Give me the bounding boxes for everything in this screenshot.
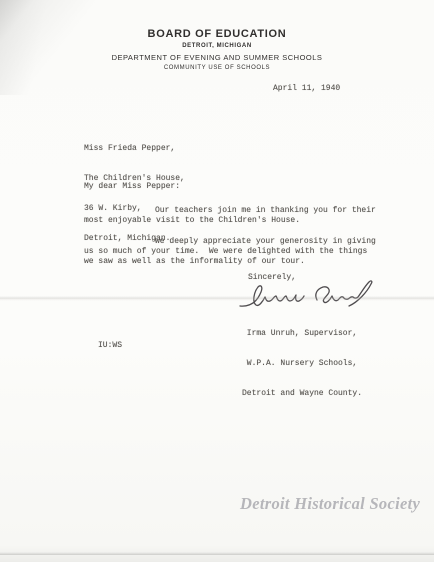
body-paragraph2-line2: us so much of your time. We were delight… bbox=[84, 247, 367, 257]
signer-name-title: Irma Unruh, Supervisor, bbox=[219, 329, 385, 339]
letter-date: April 11, 1940 bbox=[273, 84, 340, 94]
body-paragraph2-line3: we saw as well as the informality of our… bbox=[84, 257, 305, 267]
body-paragraph1-line2: most enjoyable visit to the Children's H… bbox=[84, 216, 300, 226]
archive-watermark: Detroit Historical Society bbox=[240, 494, 415, 514]
salutation: My dear Miss Pepper: bbox=[84, 182, 180, 192]
signer-program: W.P.A. Nursery Schools, bbox=[219, 359, 385, 369]
letterhead: BOARD OF EDUCATION DETROIT, MICHIGAN DEP… bbox=[0, 28, 434, 71]
body-paragraph1-line1: Our teachers join me in thanking you for… bbox=[155, 206, 376, 216]
letter-page: BOARD OF EDUCATION DETROIT, MICHIGAN DEP… bbox=[0, 0, 434, 562]
letterhead-location: DETROIT, MICHIGAN bbox=[0, 43, 434, 49]
signer-region: Detroit and Wayne County. bbox=[219, 389, 385, 399]
reference-initials: IU:WS bbox=[98, 341, 122, 351]
handwritten-signature bbox=[237, 279, 375, 313]
paper-bottom-edge bbox=[0, 555, 434, 562]
recipient-name: Miss Frieda Pepper, bbox=[84, 144, 185, 154]
letterhead-organization: BOARD OF EDUCATION bbox=[0, 28, 434, 40]
body-paragraph2-line1: We deeply appreciate your generosity in … bbox=[155, 237, 376, 247]
scanned-letter: BOARD OF EDUCATION DETROIT, MICHIGAN DEP… bbox=[0, 0, 434, 562]
letterhead-division: COMMUNITY USE OF SCHOOLS bbox=[0, 65, 434, 71]
signature-block: Irma Unruh, Supervisor, W.P.A. Nursery S… bbox=[219, 309, 385, 419]
letterhead-department: DEPARTMENT OF EVENING AND SUMMER SCHOOLS bbox=[0, 53, 434, 62]
